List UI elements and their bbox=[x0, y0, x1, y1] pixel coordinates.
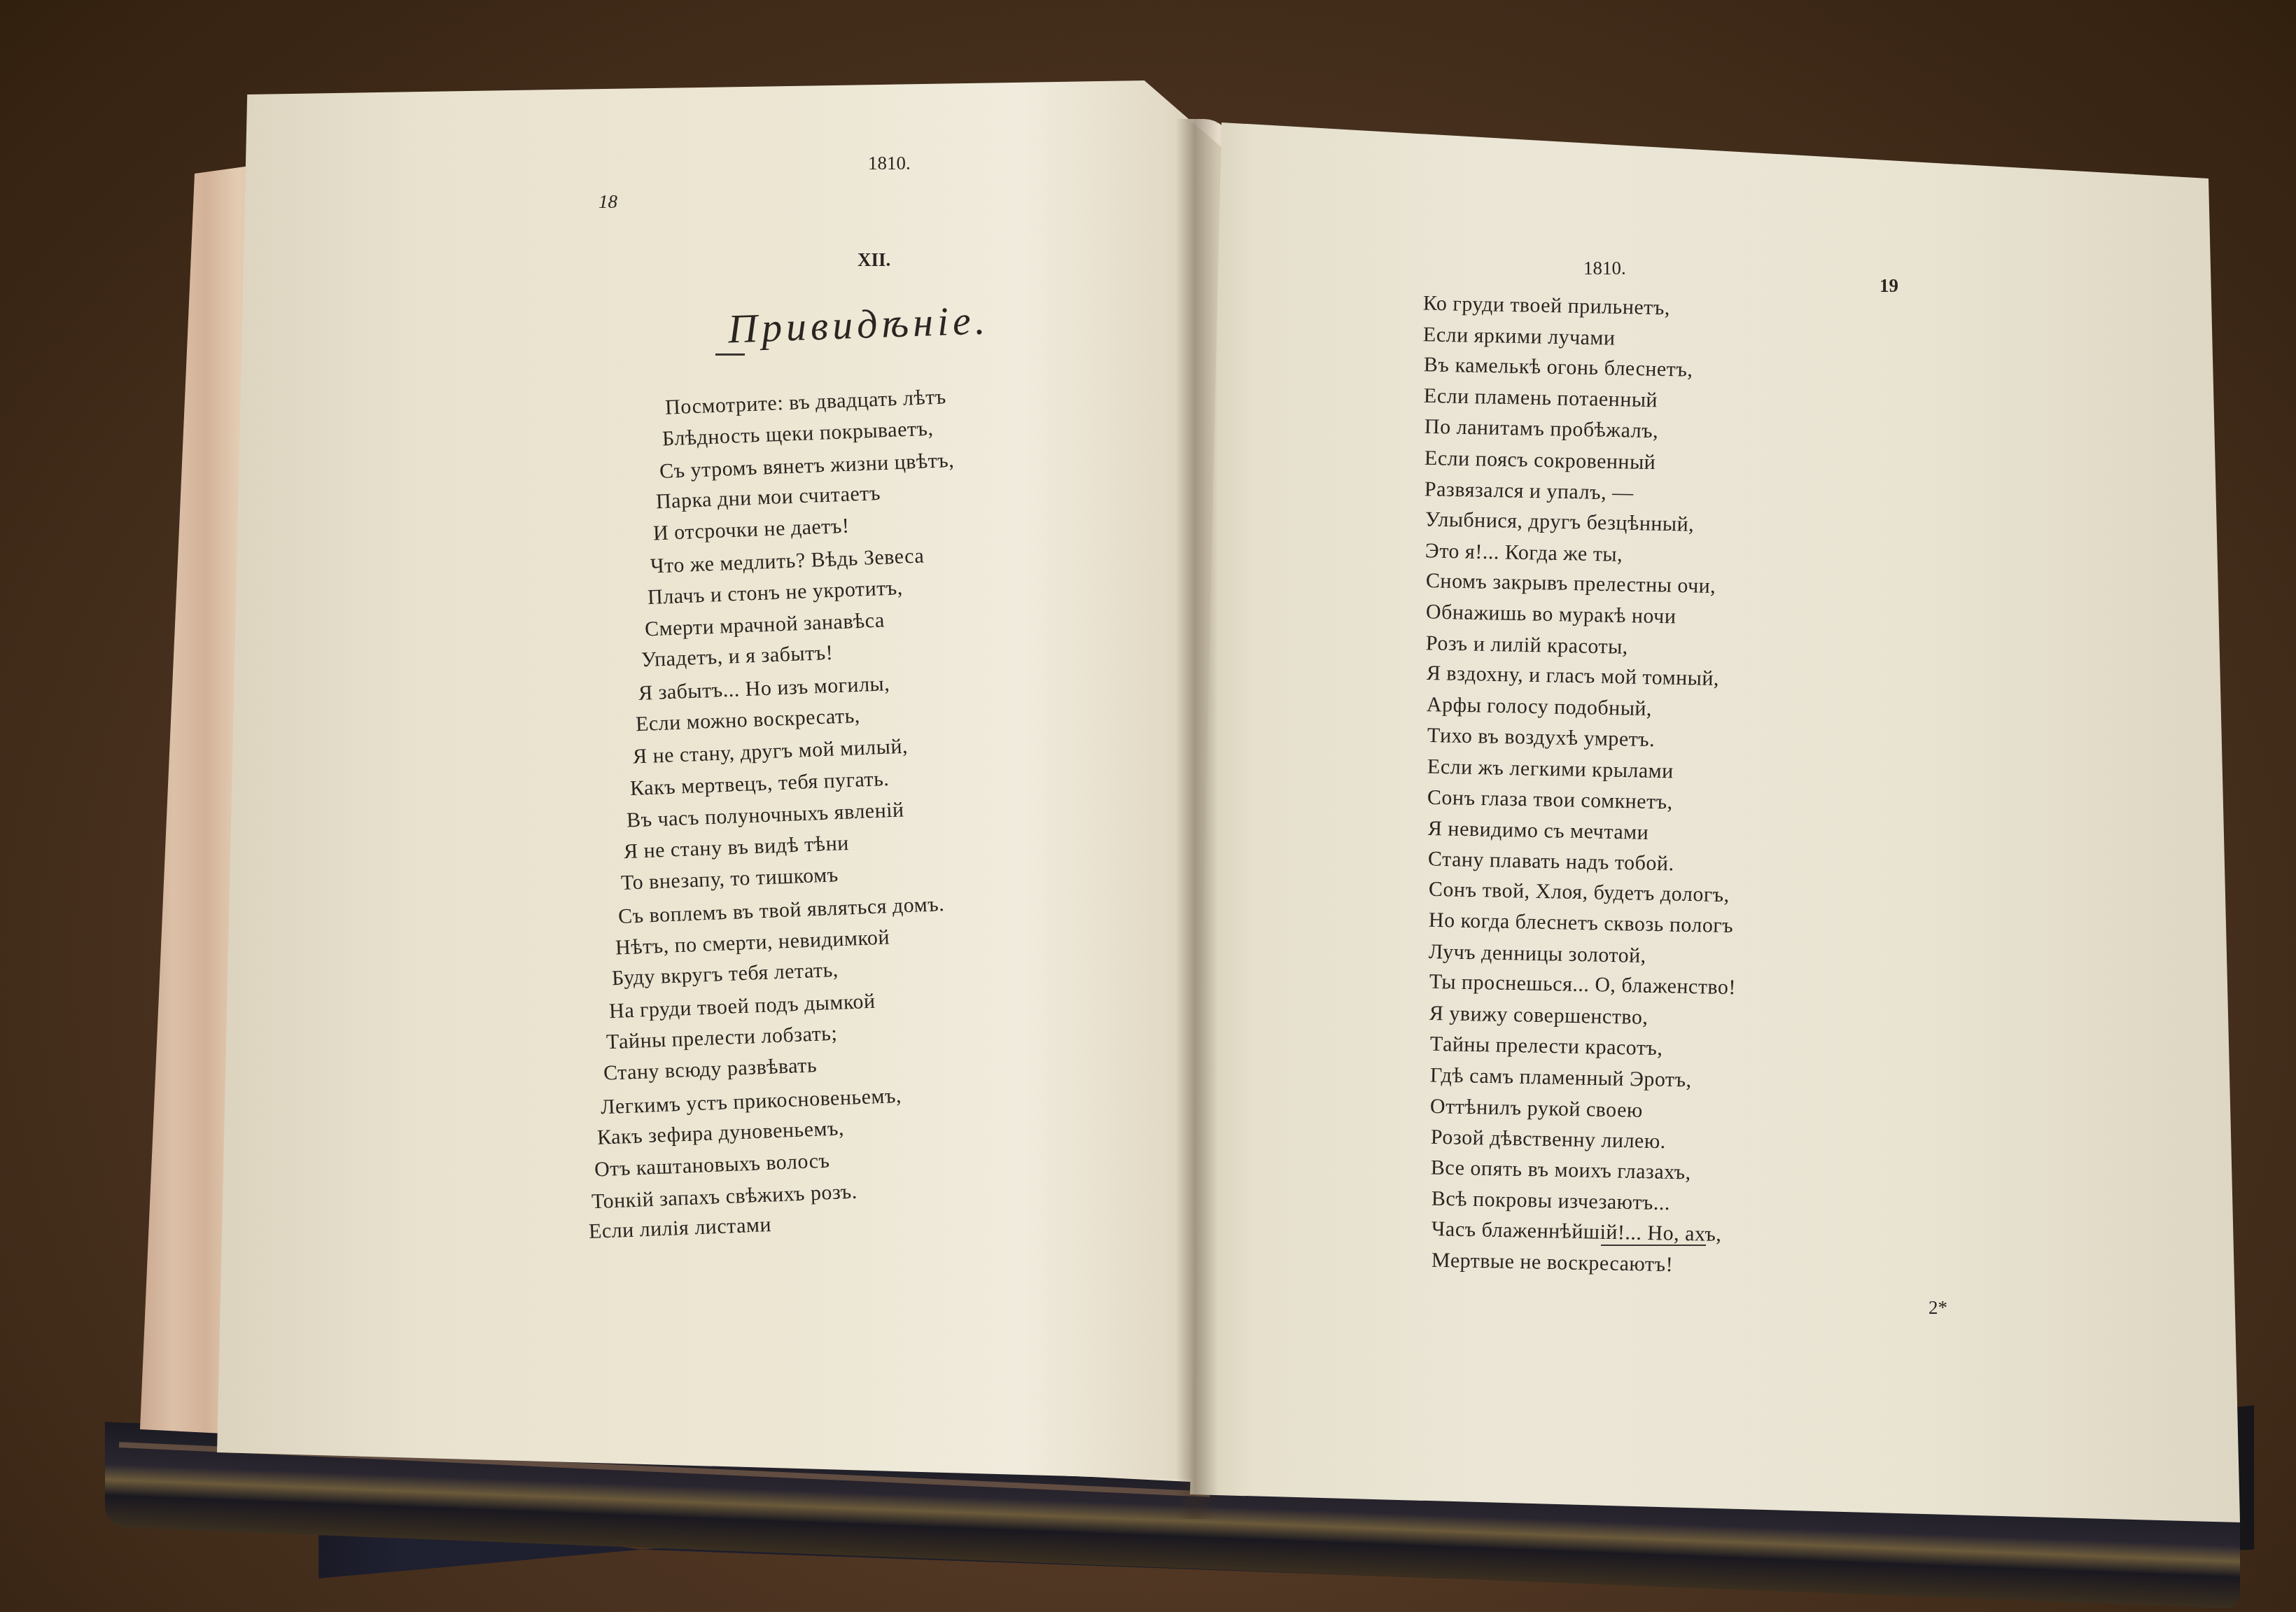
signature-mark: 2* bbox=[1928, 1298, 1947, 1317]
verse-line: Оттѣнилъ рукой своею bbox=[1430, 1095, 1643, 1123]
poem-title: Привидѣніе. bbox=[727, 300, 990, 350]
verse-line: Всѣ покровы изчезаютъ... bbox=[1431, 1187, 1670, 1216]
verse-line: Мертвые не воскресаютъ! bbox=[1431, 1249, 1674, 1277]
verse-line: Лучъ денницы золотой, bbox=[1429, 940, 1646, 968]
verse-line: Ко груди твоей прильнетъ, bbox=[1423, 292, 1671, 321]
verse-line: Это я!... Когда же ты, bbox=[1425, 539, 1623, 566]
page-number-left: 18 bbox=[598, 192, 617, 211]
gutter-shadow bbox=[1176, 119, 1218, 1519]
running-head-right: 1810. bbox=[1583, 259, 1626, 278]
verse-line: Если жъ легкими крылами bbox=[1427, 755, 1674, 783]
book-photo: 18 1810. XII. Привидѣніе. Посмотрите: въ… bbox=[0, 0, 2296, 1612]
page-number-right: 19 bbox=[1879, 276, 1898, 295]
verse-line: Тихо въ воздухѣ умретъ. bbox=[1427, 724, 1655, 752]
verse-line: По ланитамъ пробѣжалъ, bbox=[1424, 415, 1658, 443]
verse-line: Развязался и упалъ, — bbox=[1424, 477, 1634, 505]
verse-line: Гдѣ самъ пламенный Эротъ, bbox=[1430, 1063, 1692, 1092]
verse-line: Стану плавать надъ тобой. bbox=[1428, 847, 1674, 876]
running-head-left: 1810. bbox=[868, 154, 911, 173]
verse-line: Розъ и лилій красоты, bbox=[1426, 631, 1628, 659]
end-rule bbox=[1601, 1245, 1706, 1246]
poem-number: XII. bbox=[857, 251, 890, 269]
title-rule bbox=[715, 353, 745, 356]
verse-line: Улыбнися, другъ безцѣнный, bbox=[1425, 507, 1695, 536]
verse-line: Все опять въ моихъ глазахъ, bbox=[1431, 1156, 1691, 1184]
verse-line: Я увижу совершенство, bbox=[1429, 1002, 1648, 1030]
verse-line: Арфы голосу подобный, bbox=[1427, 693, 1653, 721]
verse-line: Я невидимо съ мечтами bbox=[1427, 817, 1648, 845]
verse-line: Тайны прелести красотъ, bbox=[1429, 1032, 1662, 1060]
verse-line: Если пламень потаенный bbox=[1424, 384, 1658, 412]
verse-line: Сонъ глаза твои сомкнетъ, bbox=[1427, 785, 1673, 814]
verse-line: Розой дѣвственну лилею. bbox=[1431, 1125, 1666, 1153]
verse-line: Если поясъ сокровенный bbox=[1424, 446, 1656, 474]
verse-line: Если яркими лучами bbox=[1423, 323, 1616, 350]
right-page bbox=[1190, 122, 2240, 1522]
verse-line: Обнажишь во муракѣ ночи bbox=[1426, 601, 1676, 629]
